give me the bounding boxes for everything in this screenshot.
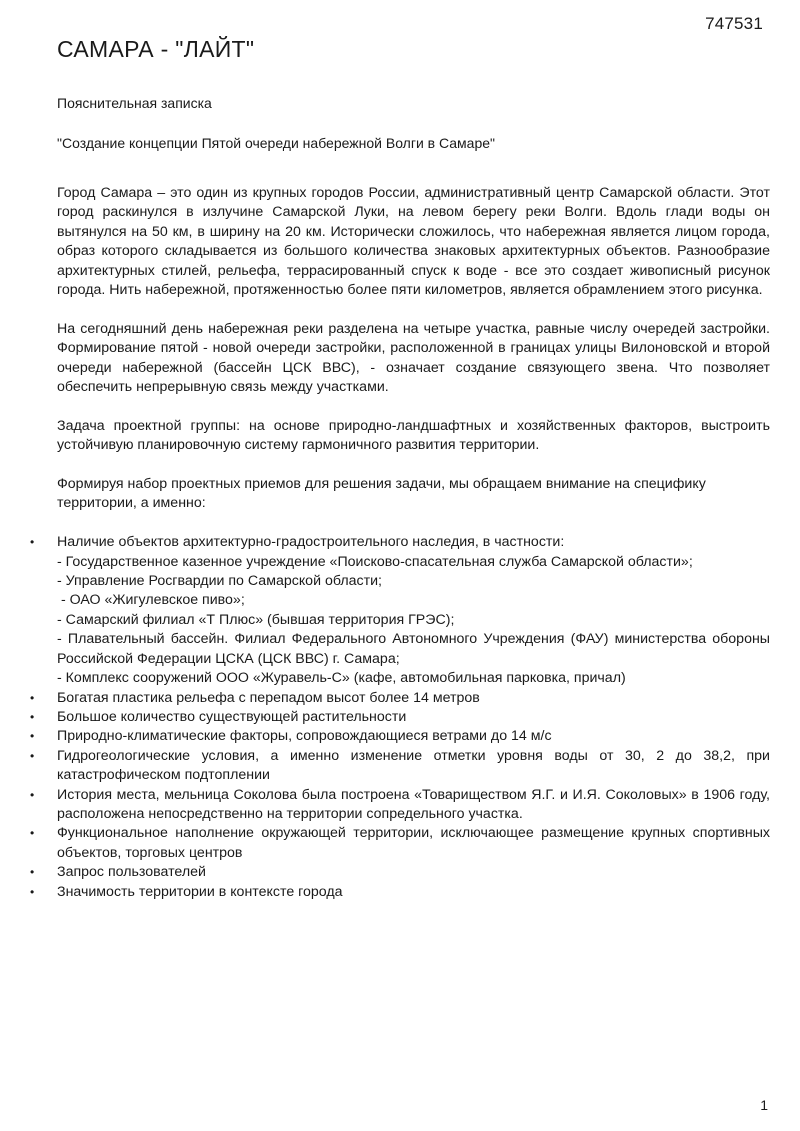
paragraph-embankment-sections: На сегодняшний день набережная реки разд… bbox=[57, 320, 770, 398]
document-title: САМАРА - "ЛАЙТ" bbox=[57, 36, 254, 63]
list-item-text: Большое количество существующей растител… bbox=[57, 709, 406, 725]
list-item: • Гидрогеологические условия, а именно и… bbox=[0, 747, 770, 786]
page-number: 1 bbox=[760, 1097, 768, 1113]
list-item: • Функциональное наполнение окружающей т… bbox=[0, 824, 770, 863]
sub-list-item: - Самарский филиал «Т Плюс» (бывшая терр… bbox=[57, 611, 770, 630]
list-item-text: История места, мельница Соколова была по… bbox=[57, 787, 770, 822]
sub-list-item: - Комплекс сооружений ООО «Журавель-С» (… bbox=[57, 669, 770, 688]
list-item-text: Природно-климатические факторы, сопровож… bbox=[57, 728, 552, 744]
list-item-text: Наличие объектов архитектурно-градострои… bbox=[57, 534, 564, 550]
list-item: • История места, мельница Соколова была … bbox=[0, 786, 770, 825]
bullet-icon: • bbox=[30, 533, 34, 552]
site-features-list: • Наличие объектов архитектурно-градостр… bbox=[0, 533, 770, 902]
list-item: • Природно-климатические факторы, сопров… bbox=[0, 727, 770, 746]
sub-list-item: - ОАО «Жигулевское пиво»; bbox=[57, 591, 770, 610]
list-item-text: Богатая пластика рельефа с перепадом выс… bbox=[57, 690, 480, 706]
list-item: • Запрос пользователей bbox=[0, 863, 770, 882]
list-item: • Богатая пластика рельефа с перепадом в… bbox=[0, 689, 770, 708]
heritage-objects-list: - Государственное казенное учреждение «П… bbox=[57, 553, 770, 689]
list-item: • Большое количество существующей растит… bbox=[0, 708, 770, 727]
paragraph-approach: Формируя набор проектных приемов для реш… bbox=[57, 475, 770, 514]
bullet-icon: • bbox=[30, 883, 34, 902]
project-name: "Создание концепции Пятой очереди набере… bbox=[57, 135, 495, 151]
bullet-icon: • bbox=[30, 786, 34, 805]
sub-list-item: - Государственное казенное учреждение «П… bbox=[57, 553, 770, 572]
bullet-icon: • bbox=[30, 727, 34, 746]
list-item: • Наличие объектов архитектурно-градостр… bbox=[0, 533, 770, 688]
list-item-text: Функциональное наполнение окружающей тер… bbox=[57, 825, 770, 860]
bullet-icon: • bbox=[30, 747, 34, 766]
paragraph-project-task: Задача проектной группы: на основе приро… bbox=[57, 417, 770, 456]
document-id-number: 747531 bbox=[705, 14, 763, 34]
list-item-text: Гидрогеологические условия, а именно изм… bbox=[57, 748, 770, 783]
sub-list-item: - Плавательный бассейн. Филиал Федеральн… bbox=[57, 630, 770, 669]
document-body: Город Самара – это один из крупных город… bbox=[57, 184, 770, 902]
bullet-icon: • bbox=[30, 863, 34, 882]
list-item-text: Запрос пользователей bbox=[57, 864, 206, 880]
bullet-icon: • bbox=[30, 708, 34, 727]
document-subtitle: Пояснительная записка bbox=[57, 95, 212, 111]
paragraph-intro: Город Самара – это один из крупных город… bbox=[57, 184, 770, 300]
list-item-text: Значимость территории в контексте города bbox=[57, 884, 343, 900]
bullet-icon: • bbox=[30, 824, 34, 843]
bullet-icon: • bbox=[30, 689, 34, 708]
sub-list-item: - Управление Росгвардии по Самарской обл… bbox=[57, 572, 770, 591]
list-item: • Значимость территории в контексте горо… bbox=[0, 883, 770, 902]
